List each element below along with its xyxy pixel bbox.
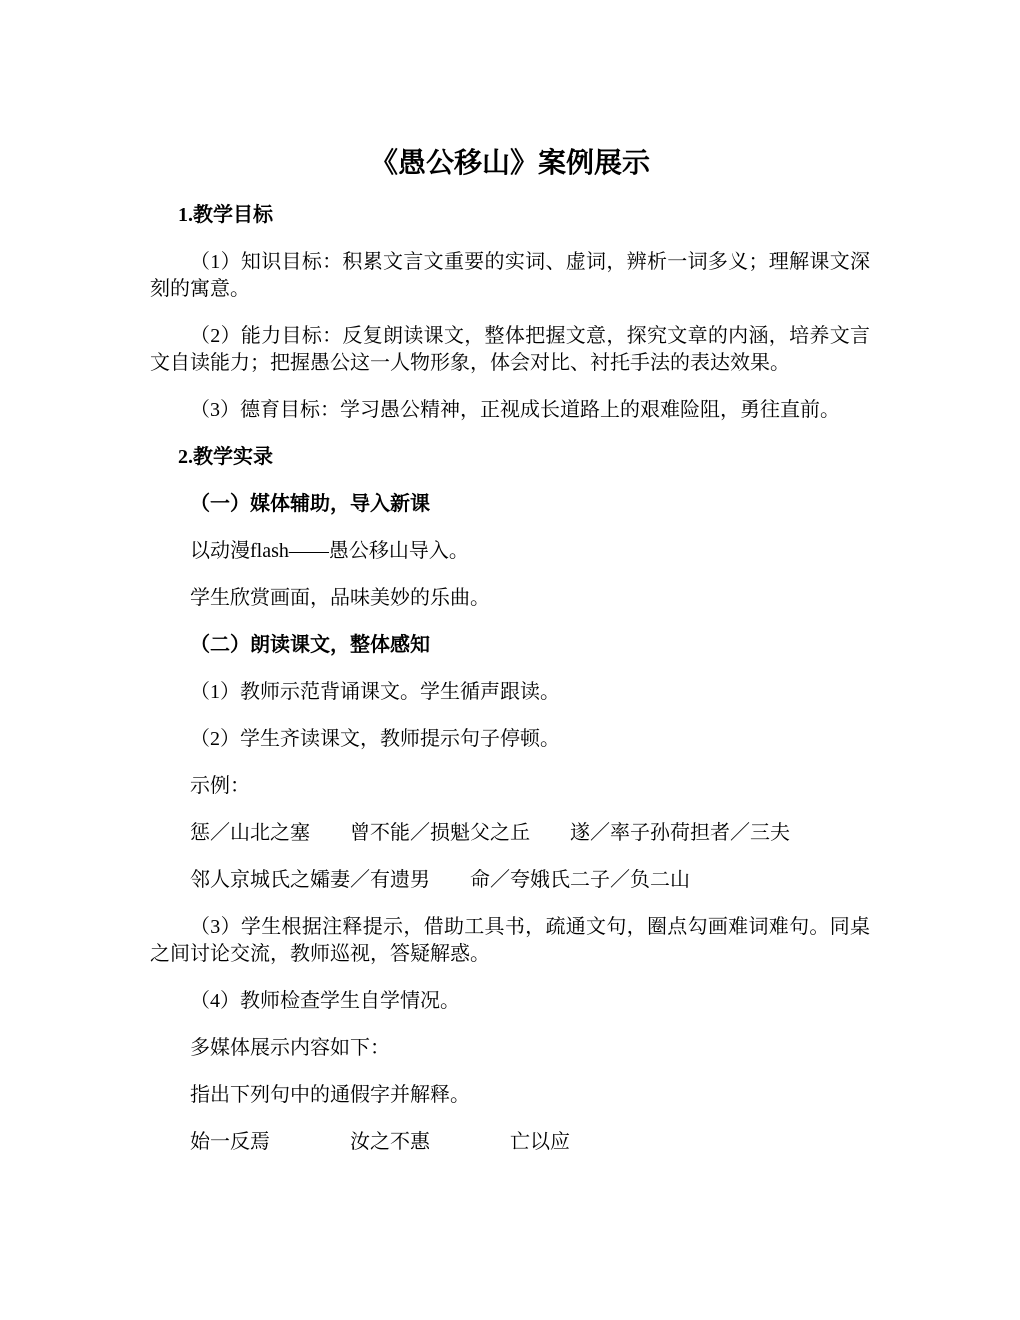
para-knowledge-goal: （1）知识目标：积累文言文重要的实词、虚词，辨析一词多义；理解课文深刻的寓意。 xyxy=(150,249,870,303)
document-page: 《愚公移山》案例展示 1.教学目标 （1）知识目标：积累文言文重要的实词、虚词，… xyxy=(0,0,1020,1320)
para-pause-example-line-2: 邻人京城氏之孀妻／有遗男 命／夸娥氏二子／负二山 xyxy=(150,867,870,894)
heading-teaching-goals: 1.教学目标 xyxy=(150,202,870,229)
para-step-annotation-study: （3）学生根据注释提示，借助工具书，疏通文句，圈点勾画难词难句。同桌之间讨论交流… xyxy=(150,914,870,968)
heading-reading-perception: （二）朗读课文，整体感知 xyxy=(150,632,870,659)
heading-media-intro: （一）媒体辅助，导入新课 xyxy=(150,491,870,518)
para-moral-goal: （3）德育目标：学习愚公精神，正视成长道路上的艰难险阻，勇往直前。 xyxy=(150,397,870,424)
para-step-teacher-check: （4）教师检查学生自学情况。 xyxy=(150,988,870,1015)
para-flash-intro: 以动漫flash——愚公移山导入。 xyxy=(150,538,870,565)
heading-teaching-record: 2.教学实录 xyxy=(150,444,870,471)
document-content: 《愚公移山》案例展示 1.教学目标 （1）知识目标：积累文言文重要的实词、虚词，… xyxy=(0,0,1020,1156)
para-pause-example-line-1: 惩／山北之塞 曾不能／损魁父之丘 遂／率子孙荷担者／三夫 xyxy=(150,820,870,847)
para-step-teacher-recite: （1）教师示范背诵课文。学生循声跟读。 xyxy=(150,679,870,706)
para-ability-goal: （2）能力目标：反复朗读课文，整体把握文意，探究文章的内涵，培养文言文自读能力；… xyxy=(150,323,870,377)
para-students-enjoy: 学生欣赏画面，品味美妙的乐曲。 xyxy=(150,585,870,612)
para-tongjiazi-question: 指出下列句中的通假字并解释。 xyxy=(150,1082,870,1109)
para-step-students-read: （2）学生齐读课文，教师提示句子停顿。 xyxy=(150,726,870,753)
para-example-label: 示例： xyxy=(150,773,870,800)
para-tongjiazi-items: 始一反焉 汝之不惠 亡以应 xyxy=(150,1129,870,1156)
document-title: 《愚公移山》案例展示 xyxy=(150,147,870,180)
para-multimedia-display: 多媒体展示内容如下： xyxy=(150,1035,870,1062)
